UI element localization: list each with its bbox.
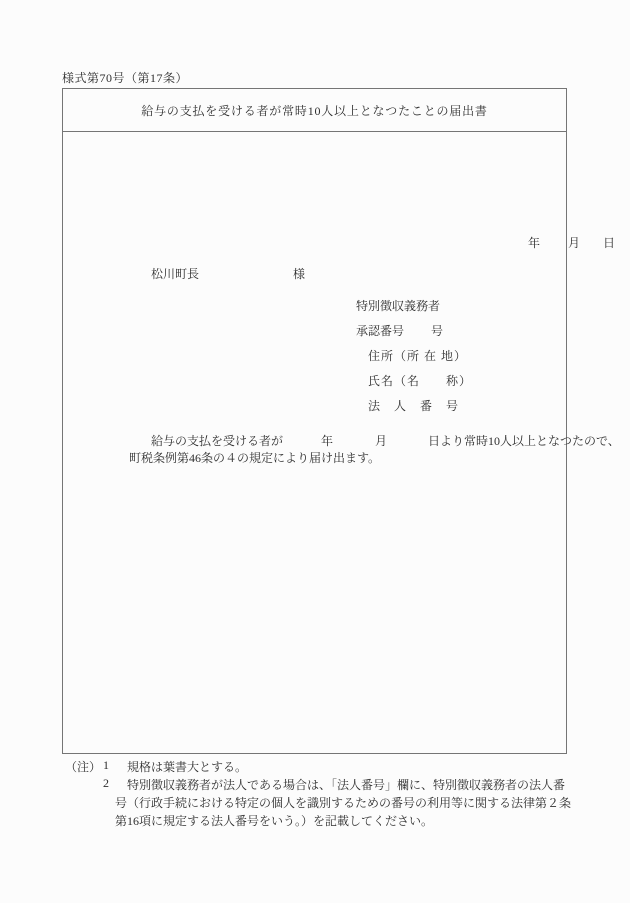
date-year-label: 年 [528,234,540,251]
note-label: （注） [65,758,101,775]
form-title: 給与の支払を受ける者が常時10人以上となつたことの届出書 [141,102,487,119]
form-border-box: 給与の支払を受ける者が常時10人以上となつたことの届出書 年 月 日 松川町長 … [62,88,567,754]
body-month-blank: 月 [375,432,387,449]
note2-text-line3: 第16項に規定する法人番号をいう。）を記載してください。 [115,812,433,829]
note2-text-line1: 特別徴収義務者が法人である場合は、「法人番号」欄に、特別徴収義務者の法人番 [127,776,565,793]
body-text-line2: 町税条例第46条の４の規定により届け出ます。 [129,449,380,466]
date-line: 年 月 日 [63,234,568,309]
note2-text-line2: 号（行政手続における特定の個人を識別するための番号の利用等に関する法律第２条 [115,794,571,811]
body-year-blank: 年 [321,432,333,449]
date-day-label: 日 [603,234,615,251]
note1-text: 規格は葉書大とする。 [127,758,247,775]
document-page: 様式第70号（第17条） 給与の支払を受ける者が常時10人以上となつたことの届出… [0,0,630,903]
form-title-row: 給与の支払を受ける者が常時10人以上となつたことの届出書 [63,89,566,132]
declarant-heading: 特別徴収義務者 [356,297,440,314]
date-month-label: 月 [568,234,580,251]
addressee-name: 松川町長 [151,265,199,282]
body-text-lead: 給与の支払を受ける者が [151,432,283,449]
approval-number-suffix: 号 [431,322,443,339]
approval-number-label: 承認番号 [356,322,404,339]
note1-number: 1 [103,758,109,773]
body-text-tail: 日より常時10人以上となつたので、 [428,432,620,449]
note2-number: 2 [103,776,109,791]
name-field-label: 氏名（名 称） [368,372,472,389]
address-field-label: 住所（所 在 地） [368,347,467,364]
addressee-honorific: 様 [293,265,305,282]
form-number-label: 様式第70号（第17条） [62,69,188,86]
corporate-number-label: 法 人 番 号 [368,397,459,414]
